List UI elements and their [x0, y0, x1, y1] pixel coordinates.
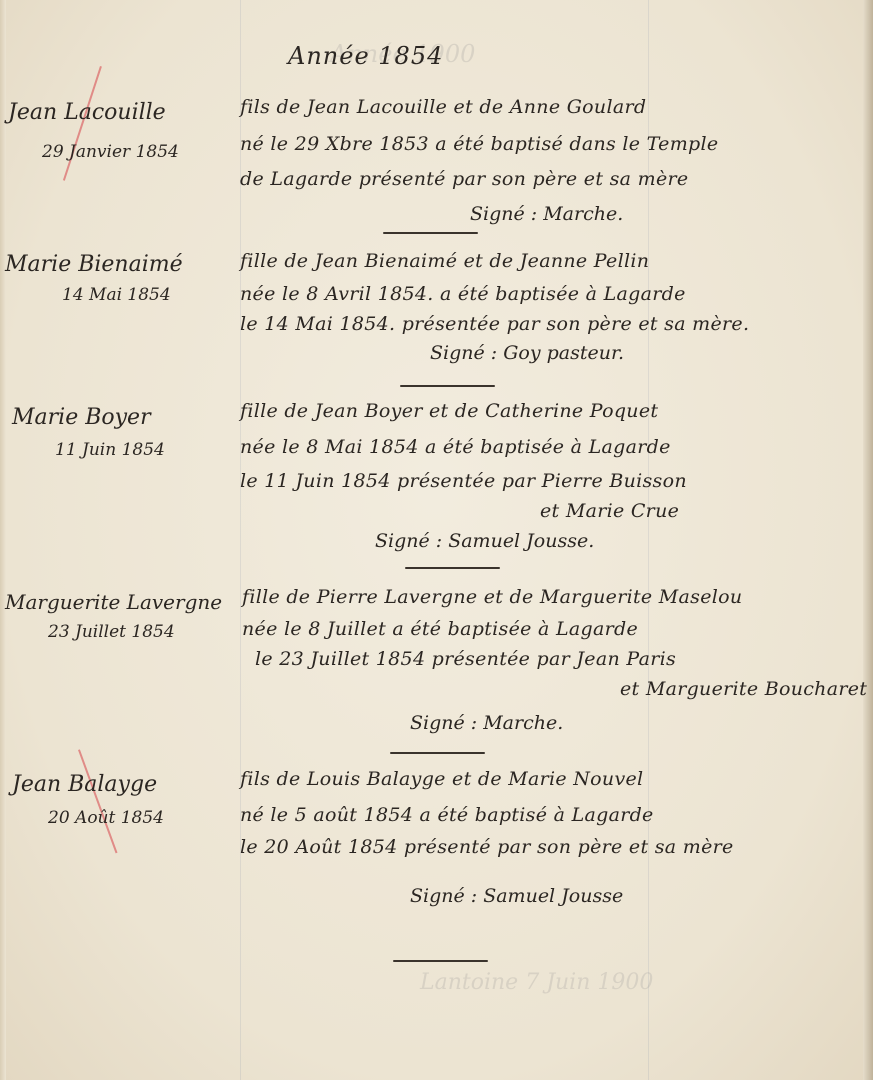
entry-date: 14 Mai 1854: [62, 285, 171, 305]
entry-text-line: née le 8 Juillet a été baptisée à Lagard…: [242, 618, 638, 640]
page-title: Année 1854: [288, 42, 443, 70]
entry-date: 11 Juin 1854: [55, 440, 165, 460]
entry-text-line: né le 29 Xbre 1853 a été baptisé dans le…: [240, 133, 718, 155]
page-left-edge: [0, 0, 6, 1080]
page-right-edge: [863, 0, 873, 1080]
entry-date: 20 Août 1854: [48, 808, 164, 828]
entry-text-line: fille de Jean Boyer et de Catherine Poqu…: [240, 400, 658, 422]
entry-text-line: née le 8 Mai 1854 a été baptisée à Lagar…: [240, 436, 671, 458]
entry-separator: [393, 960, 488, 962]
entry-separator: [383, 232, 478, 234]
entry-text-line: fils de Louis Balayge et de Marie Nouvel: [240, 768, 643, 790]
entry-name: Marguerite Lavergne: [5, 590, 222, 614]
entry-name: Jean Lacouille: [8, 100, 166, 125]
margin-rule: [240, 0, 241, 1080]
entry-name: Marie Bienaimé: [5, 252, 183, 277]
entry-name: Marie Boyer: [12, 405, 151, 430]
entry-text-line: né le 5 août 1854 a été baptisé à Lagard…: [240, 804, 654, 826]
entry-text-line: fille de Jean Bienaimé et de Jeanne Pell…: [240, 250, 649, 272]
bleed-through-rule: [648, 0, 649, 1080]
entry-separator: [390, 752, 485, 754]
entry-signature: Signé : Goy pasteur.: [430, 342, 624, 364]
entry-text-line: le 14 Mai 1854. présentée par son père e…: [240, 313, 749, 335]
entry-text-line: née le 8 Avril 1854. a été baptisée à La…: [240, 283, 686, 305]
entry-date: 29 Janvier 1854: [42, 142, 179, 162]
entry-text-line: le 11 Juin 1854 présentée par Pierre Bui…: [240, 470, 687, 492]
entry-text-line: de Lagarde présenté par son père et sa m…: [240, 168, 688, 190]
entry-signature: Signé : Samuel Jousse: [410, 885, 623, 907]
entry-signature: Signé : Marche.: [470, 203, 623, 225]
red-check-mark: [78, 749, 118, 853]
entry-signature: Signé : Samuel Jousse.: [375, 530, 594, 552]
entry-text-line: et Marie Crue: [540, 500, 679, 522]
entry-text-line: le 20 Août 1854 présenté par son père et…: [240, 836, 734, 858]
entry-date: 23 Juillet 1854: [48, 622, 175, 642]
entry-text-line: le 23 Juillet 1854 présentée par Jean Pa…: [255, 648, 676, 670]
entry-separator: [405, 567, 500, 569]
entry-text-line: fille de Pierre Lavergne et de Marguerit…: [242, 586, 742, 608]
bleed-through-text: Lantoine 7 Juin 1900: [420, 970, 653, 995]
register-page: Année 1900 Lantoine 7 Juin 1900 Année 18…: [0, 0, 873, 1080]
entry-separator: [400, 385, 495, 387]
entry-text-line: et Marguerite Boucharet: [620, 678, 867, 700]
entry-text-line: fils de Jean Lacouille et de Anne Goular…: [240, 96, 646, 118]
entry-name: Jean Balayge: [12, 772, 157, 797]
entry-signature: Signé : Marche.: [410, 712, 563, 734]
